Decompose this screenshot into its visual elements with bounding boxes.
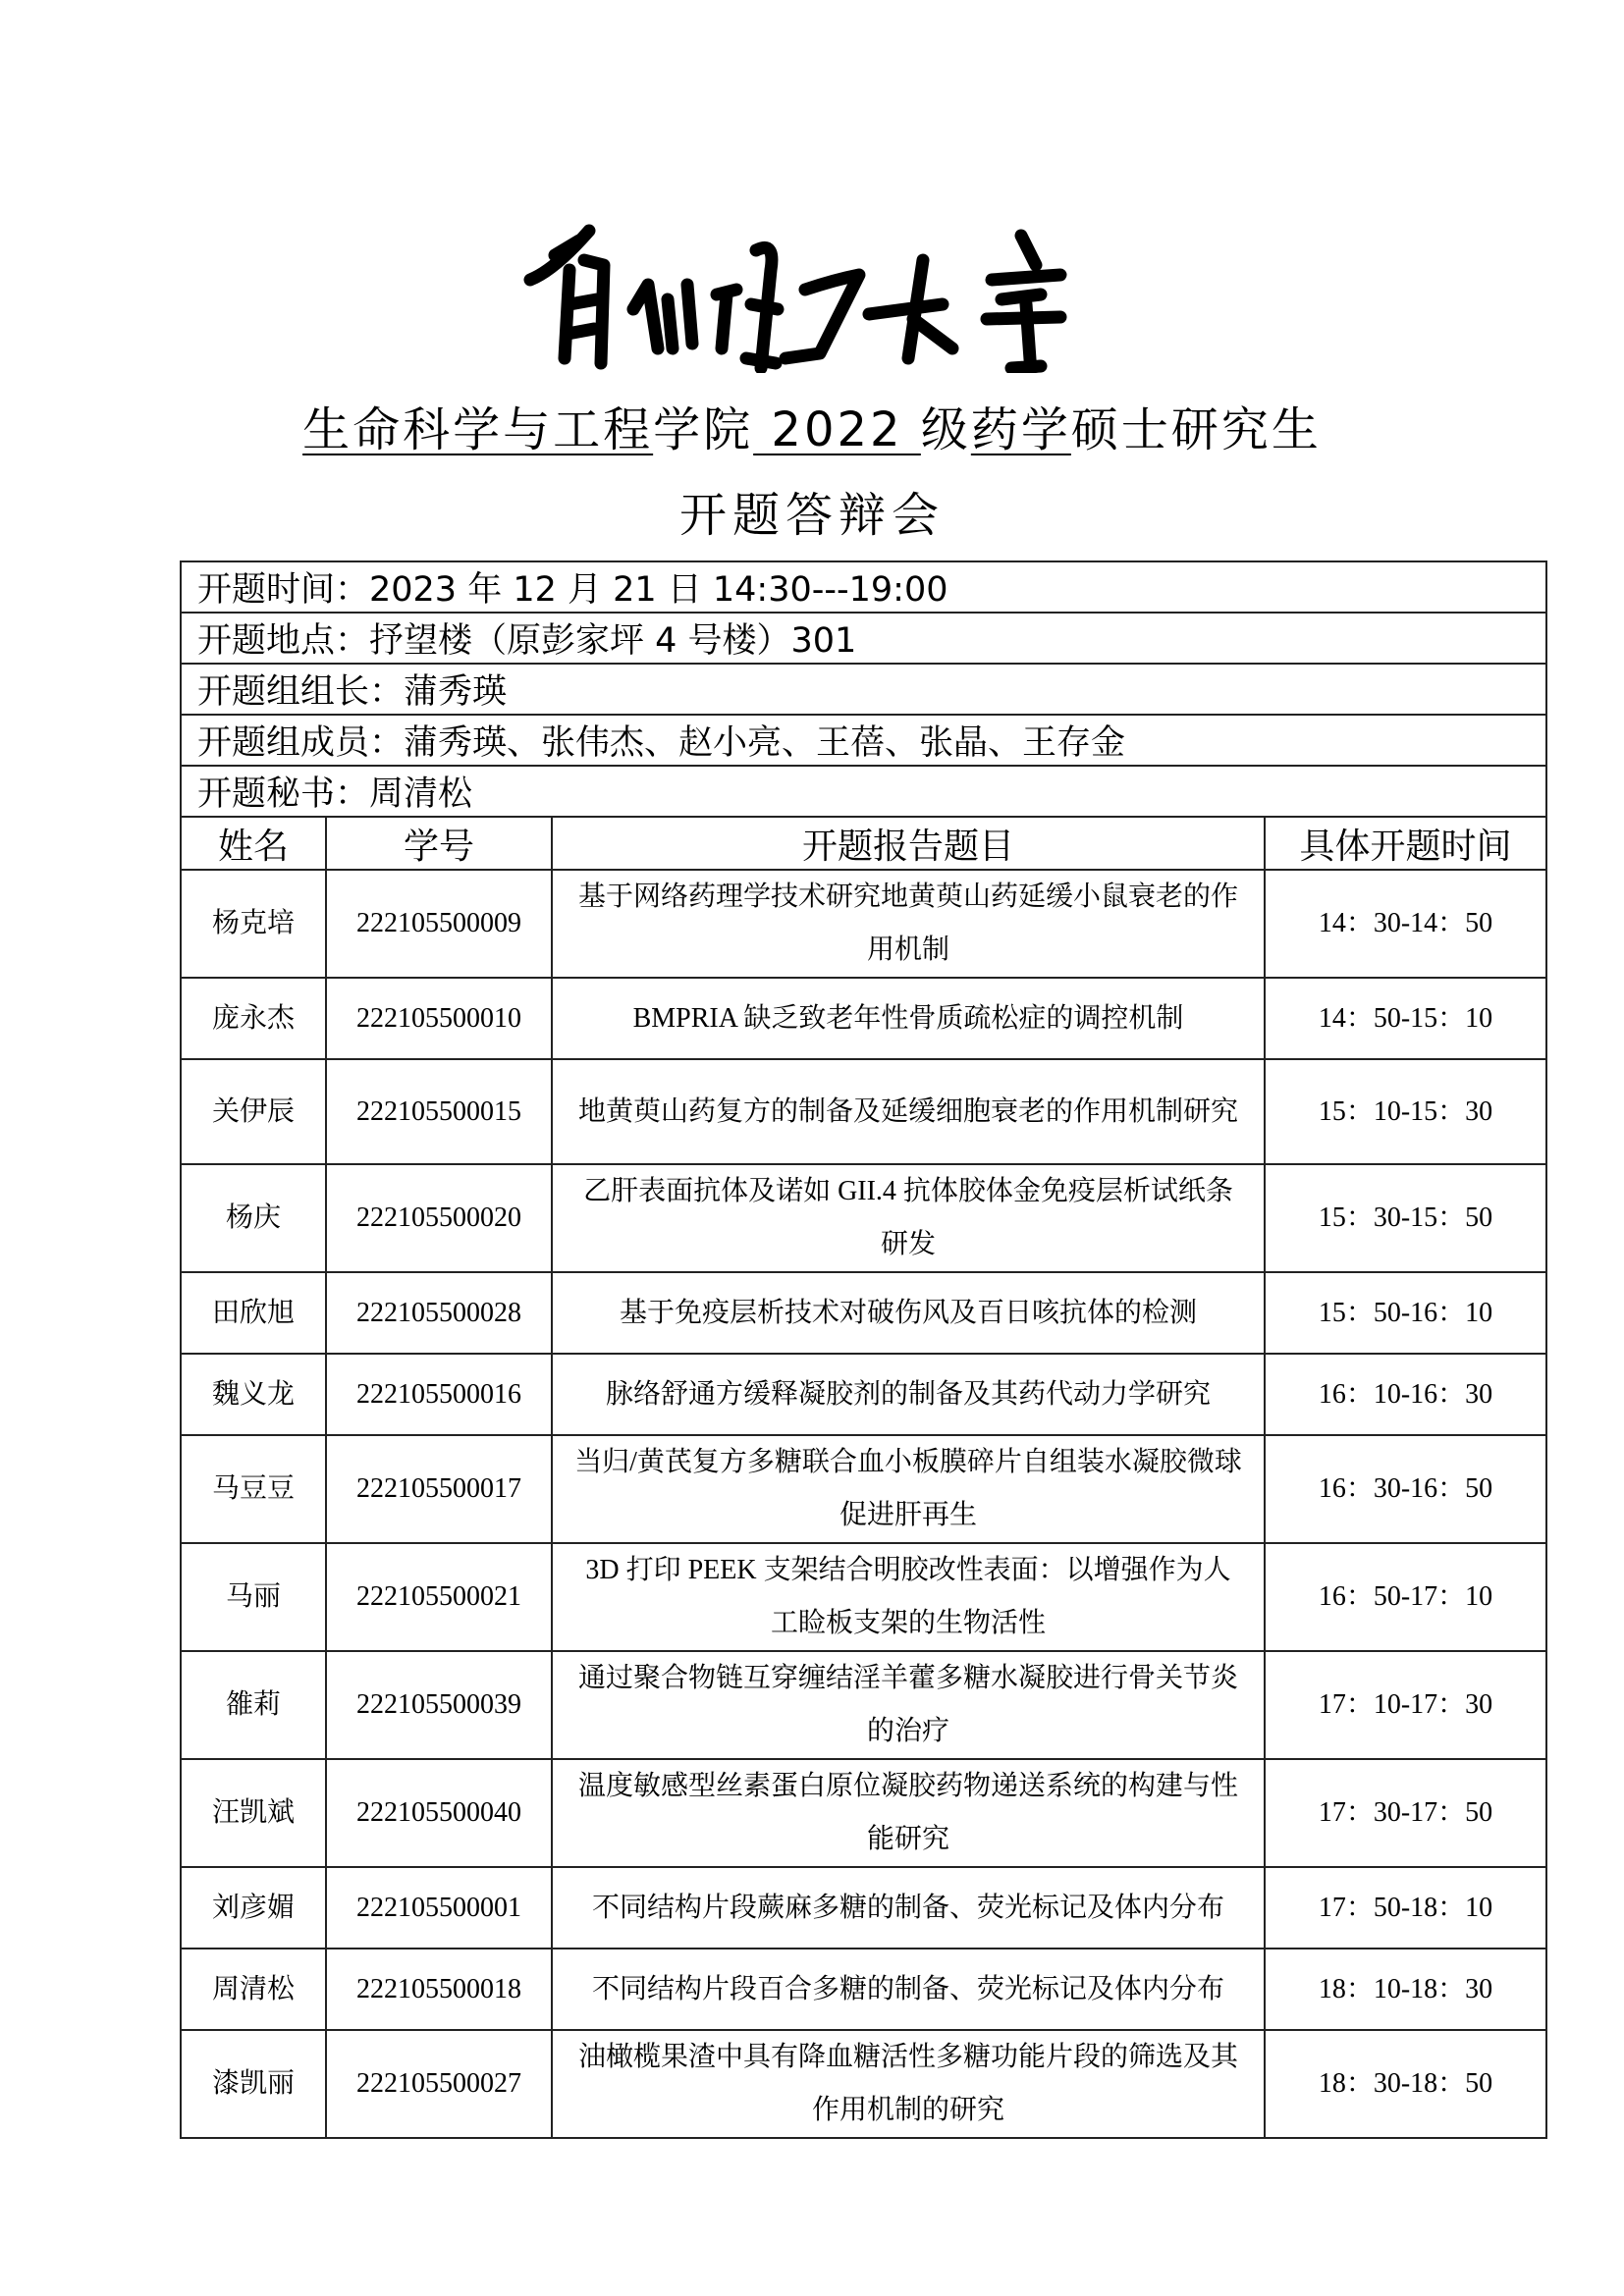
report-topic: 脉络舒通方缓释凝胶剂的制备及其药代动力学研究 [552, 1354, 1265, 1435]
student-name: 庞永杰 [181, 978, 326, 1059]
info-location: 开题地点：抒望楼（原彭家坪 4 号楼）301 [181, 613, 1546, 664]
report-topic: 乙肝表面抗体及诺如 GII.4 抗体胶体金免疫层析试纸条研发 [552, 1164, 1265, 1272]
student-name: 马丽 [181, 1543, 326, 1651]
table-row: 庞永杰222105500010BMPRIA 缺乏致老年性骨质疏松症的调控机制14… [181, 978, 1546, 1059]
college-name: 生命科学与工程 [302, 402, 653, 457]
student-id: 222105500039 [326, 1651, 552, 1759]
student-name: 关伊辰 [181, 1059, 326, 1164]
info-members: 开题组成员：蒲秀瑛、张伟杰、赵小亮、王蓓、张晶、王存金 [181, 715, 1546, 766]
report-topic: 不同结构片段百合多糖的制备、荧光标记及体内分布 [552, 1949, 1265, 2030]
table-row: 马豆豆222105500017当归/黄芪复方多糖联合血小板膜碎片自组装水凝胶微球… [181, 1435, 1546, 1543]
student-id: 222105500021 [326, 1543, 552, 1651]
document-title: 开题答辩会 [0, 486, 1624, 545]
defense-schedule-table: 开题时间：2023 年 12 月 21 日 14:30---19:00 开题地点… [180, 561, 1547, 2139]
report-topic: 地黄萸山药复方的制备及延缓细胞衰老的作用机制研究 [552, 1059, 1265, 1164]
table-row: 汪凯斌222105500040温度敏感型丝素蛋白原位凝胶药物递送系统的构建与性能… [181, 1759, 1546, 1867]
report-topic: 基于网络药理学技术研究地黄萸山药延缓小鼠衰老的作用机制 [552, 870, 1265, 978]
defense-time: 16：50-17：10 [1265, 1543, 1546, 1651]
defense-time: 18：10-18：30 [1265, 1949, 1546, 2030]
table-row: 关伊辰222105500015地黄萸山药复方的制备及延缓细胞衰老的作用机制研究1… [181, 1059, 1546, 1164]
defense-time: 17：50-18：10 [1265, 1867, 1546, 1949]
student-id: 222105500009 [326, 870, 552, 978]
enrollment-year: 2022 [753, 402, 921, 457]
info-leader: 开题组组长：蒲秀瑛 [181, 664, 1546, 715]
student-name: 杨庆 [181, 1164, 326, 1272]
table-row: 魏义龙222105500016脉络舒通方缓释凝胶剂的制备及其药代动力学研究16：… [181, 1354, 1546, 1435]
defense-time: 15：30-15：50 [1265, 1164, 1546, 1272]
report-topic: 油橄榄果渣中具有降血糖活性多糖功能片段的筛选及其作用机制的研究 [552, 2030, 1265, 2138]
defense-time: 16：30-16：50 [1265, 1435, 1546, 1543]
table-row: 周清松222105500018不同结构片段百合多糖的制备、荧光标记及体内分布18… [181, 1949, 1546, 2030]
table-row: 马丽2221055000213D 打印 PEEK 支架结合明胶改性表面：以增强作… [181, 1543, 1546, 1651]
student-name: 漆凯丽 [181, 2030, 326, 2138]
table-row: 刘彦媚222105500001不同结构片段蕨麻多糖的制备、荧光标记及体内分布17… [181, 1867, 1546, 1949]
report-topic: 当归/黄芪复方多糖联合血小板膜碎片自组装水凝胶微球促进肝再生 [552, 1435, 1265, 1543]
student-name: 周清松 [181, 1949, 326, 2030]
student-id: 222105500016 [326, 1354, 552, 1435]
report-topic: 通过聚合物链互穿缠结淫羊藿多糖水凝胶进行骨关节炎的治疗 [552, 1651, 1265, 1759]
year-suffix: 级 [921, 402, 971, 457]
student-id: 222105500028 [326, 1272, 552, 1354]
report-topic: BMPRIA 缺乏致老年性骨质疏松症的调控机制 [552, 978, 1265, 1059]
major-name: 药学 [971, 402, 1071, 457]
degree-level: 硕士研究生 [1071, 402, 1322, 457]
defense-time: 16：10-16：30 [1265, 1354, 1546, 1435]
document-subtitle: 生命科学与工程学院 2022 级药学硕士研究生 [0, 400, 1624, 459]
student-name: 刘彦媚 [181, 1867, 326, 1949]
table-row: 雒莉222105500039通过聚合物链互穿缠结淫羊藿多糖水凝胶进行骨关节炎的治… [181, 1651, 1546, 1759]
student-id: 222105500001 [326, 1867, 552, 1949]
student-id: 222105500040 [326, 1759, 552, 1867]
defense-time: 18：30-18：50 [1265, 2030, 1546, 2138]
report-topic: 温度敏感型丝素蛋白原位凝胶药物递送系统的构建与性能研究 [552, 1759, 1265, 1867]
college-suffix: 学院 [653, 402, 753, 457]
header-student-id: 学号 [326, 817, 552, 870]
info-time: 开题时间：2023 年 12 月 21 日 14:30---19:00 [181, 561, 1546, 613]
student-name: 杨克培 [181, 870, 326, 978]
report-topic: 不同结构片段蕨麻多糖的制备、荧光标记及体内分布 [552, 1867, 1265, 1949]
student-name: 雒莉 [181, 1651, 326, 1759]
table-row: 杨庆222105500020乙肝表面抗体及诺如 GII.4 抗体胶体金免疫层析试… [181, 1164, 1546, 1272]
student-id: 222105500017 [326, 1435, 552, 1543]
student-id: 222105500018 [326, 1949, 552, 2030]
defense-time: 15：50-16：10 [1265, 1272, 1546, 1354]
header-name: 姓名 [181, 817, 326, 870]
table-row: 田欣旭222105500028基于免疫层析技术对破伤风及百日咳抗体的检测15：5… [181, 1272, 1546, 1354]
table-row: 漆凯丽222105500027油橄榄果渣中具有降血糖活性多糖功能片段的筛选及其作… [181, 2030, 1546, 2138]
header-time: 具体开题时间 [1265, 817, 1546, 870]
student-id: 222105500027 [326, 2030, 552, 2138]
table-row: 杨克培222105500009基于网络药理学技术研究地黄萸山药延缓小鼠衰老的作用… [181, 870, 1546, 978]
student-name: 马豆豆 [181, 1435, 326, 1543]
student-id: 222105500015 [326, 1059, 552, 1164]
student-name: 魏义龙 [181, 1354, 326, 1435]
defense-time: 17：10-17：30 [1265, 1651, 1546, 1759]
defense-time: 17：30-17：50 [1265, 1759, 1546, 1867]
info-secretary: 开题秘书：周清松 [181, 766, 1546, 817]
student-name: 汪凯斌 [181, 1759, 326, 1867]
student-name: 田欣旭 [181, 1272, 326, 1354]
report-topic: 3D 打印 PEEK 支架结合明胶改性表面：以增强作为人工睑板支架的生物活性 [552, 1543, 1265, 1651]
student-id: 222105500020 [326, 1164, 552, 1272]
defense-time: 14：30-14：50 [1265, 870, 1546, 978]
defense-time: 14：50-15：10 [1265, 978, 1546, 1059]
report-topic: 基于免疫层析技术对破伤风及百日咳抗体的检测 [552, 1272, 1265, 1354]
header-topic: 开题报告题目 [552, 817, 1265, 870]
university-calligraphy-logo [511, 211, 1119, 373]
table-header-row: 姓名 学号 开题报告题目 具体开题时间 [181, 817, 1546, 870]
defense-time: 15：10-15：30 [1265, 1059, 1546, 1164]
student-id: 222105500010 [326, 978, 552, 1059]
